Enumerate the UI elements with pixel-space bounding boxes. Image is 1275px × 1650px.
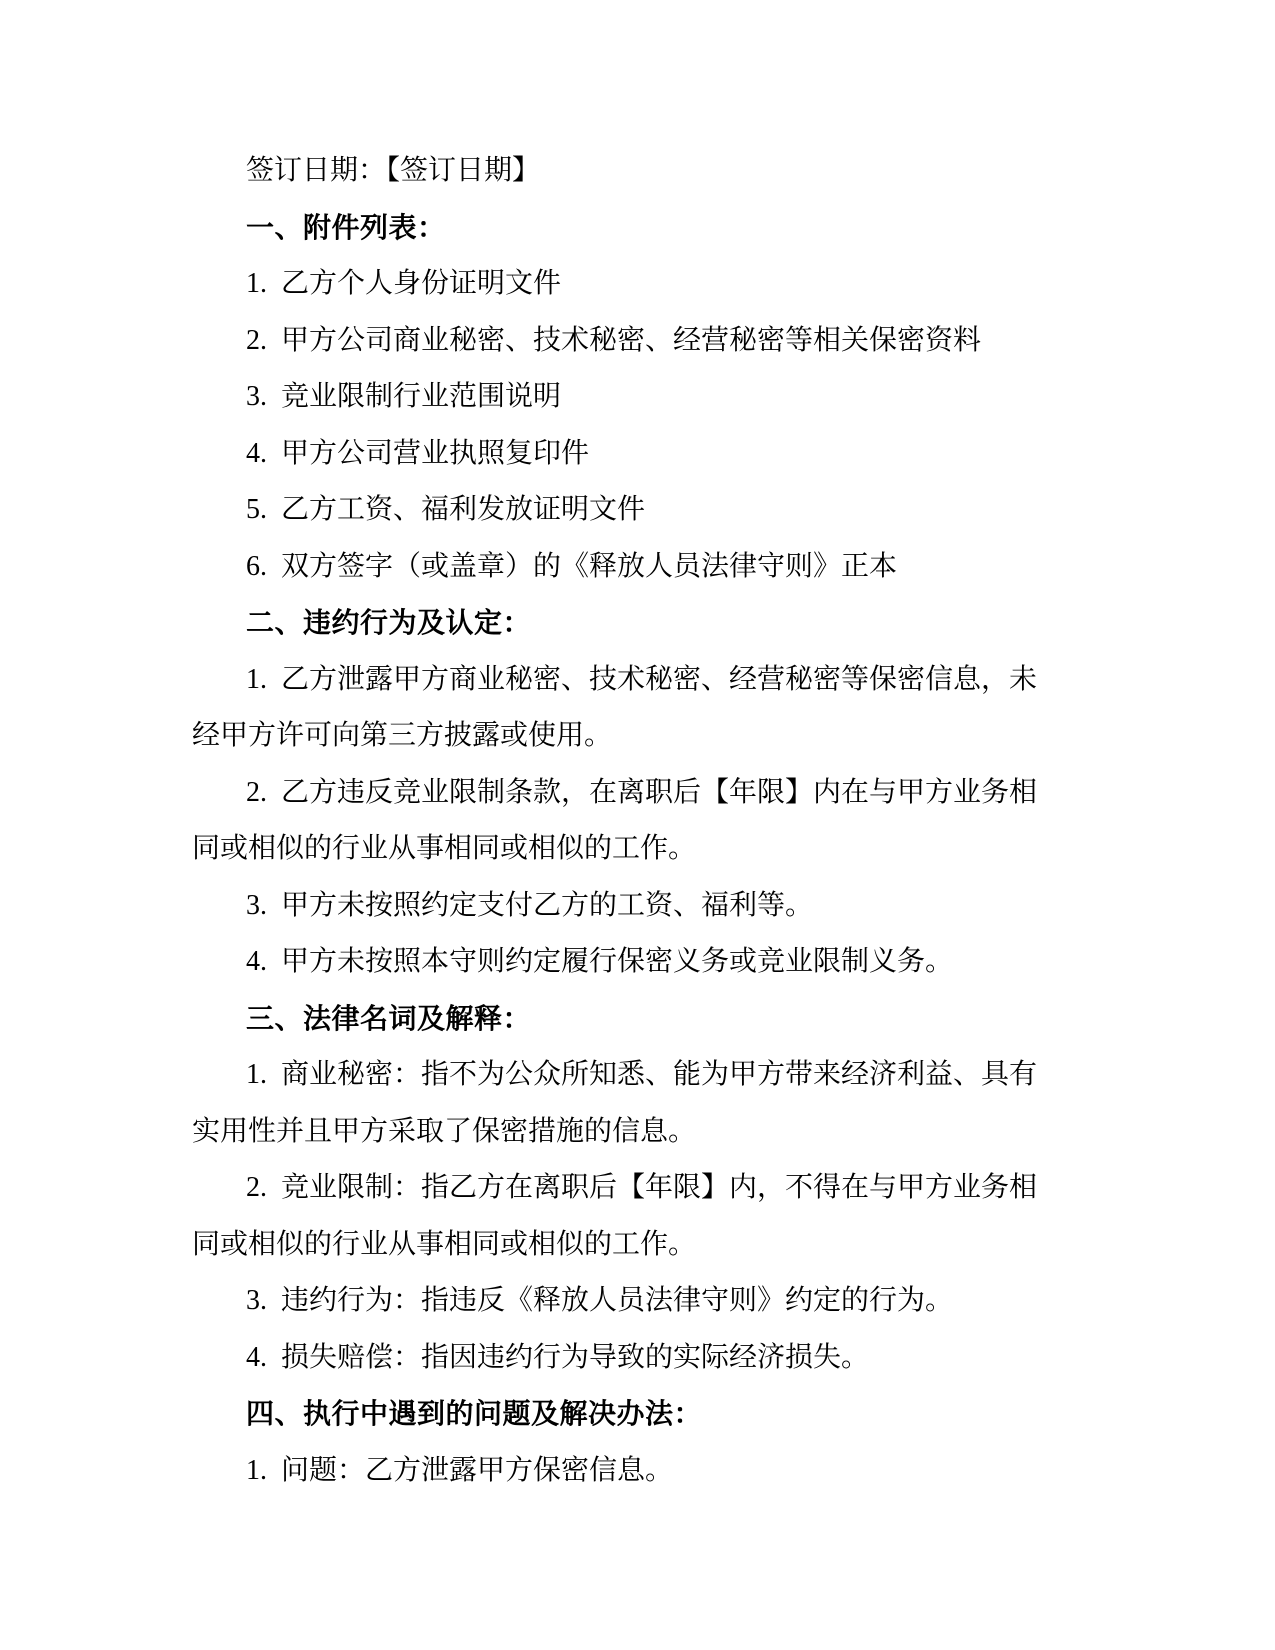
paragraph-line: 签订日期：【签订日期】 — [192, 143, 1082, 200]
paragraph-line: 3. 竞业限制行业范围说明 — [192, 369, 1082, 426]
paragraph-line: 6. 双方签字（或盖章）的《释放人员法律守则》正本 — [192, 539, 1082, 596]
section-heading: 一、附件列表： — [192, 200, 1082, 257]
paragraph-line: 2. 乙方违反竞业限制条款，在离职后【年限】内在与甲方业务相 — [192, 765, 1082, 822]
section-heading: 四、执行中遇到的问题及解决办法： — [192, 1386, 1082, 1443]
paragraph-line: 5. 乙方工资、福利发放证明文件 — [192, 482, 1082, 539]
paragraph-line: 实用性并且甲方采取了保密措施的信息。 — [192, 1104, 1082, 1161]
paragraph-line: 2. 甲方公司商业秘密、技术秘密、经营秘密等相关保密资料 — [192, 313, 1082, 370]
paragraph-line: 同或相似的行业从事相同或相似的工作。 — [192, 1217, 1082, 1274]
paragraph-line: 3. 违约行为：指违反《释放人员法律守则》约定的行为。 — [192, 1273, 1082, 1330]
paragraph-line: 经甲方许可向第三方披露或使用。 — [192, 708, 1082, 765]
paragraph-line: 1. 问题：乙方泄露甲方保密信息。 — [192, 1443, 1082, 1500]
paragraph-line: 1. 乙方泄露甲方商业秘密、技术秘密、经营秘密等保密信息，未 — [192, 652, 1082, 709]
document-body: 签订日期：【签订日期】一、附件列表：1. 乙方个人身份证明文件2. 甲方公司商业… — [192, 143, 1082, 1499]
paragraph-line: 1. 乙方个人身份证明文件 — [192, 256, 1082, 313]
paragraph-line: 4. 甲方公司营业执照复印件 — [192, 426, 1082, 483]
paragraph-line: 2. 竞业限制：指乙方在离职后【年限】内，不得在与甲方业务相 — [192, 1160, 1082, 1217]
paragraph-line: 1. 商业秘密：指不为公众所知悉、能为甲方带来经济利益、具有 — [192, 1047, 1082, 1104]
paragraph-line: 4. 甲方未按照本守则约定履行保密义务或竞业限制义务。 — [192, 934, 1082, 991]
section-heading: 三、法律名词及解释： — [192, 991, 1082, 1048]
paragraph-line: 3. 甲方未按照约定支付乙方的工资、福利等。 — [192, 878, 1082, 935]
section-heading: 二、违约行为及认定： — [192, 595, 1082, 652]
document-page: 签订日期：【签订日期】一、附件列表：1. 乙方个人身份证明文件2. 甲方公司商业… — [0, 0, 1275, 1650]
paragraph-line: 4. 损失赔偿：指因违约行为导致的实际经济损失。 — [192, 1330, 1082, 1387]
paragraph-line: 同或相似的行业从事相同或相似的工作。 — [192, 821, 1082, 878]
